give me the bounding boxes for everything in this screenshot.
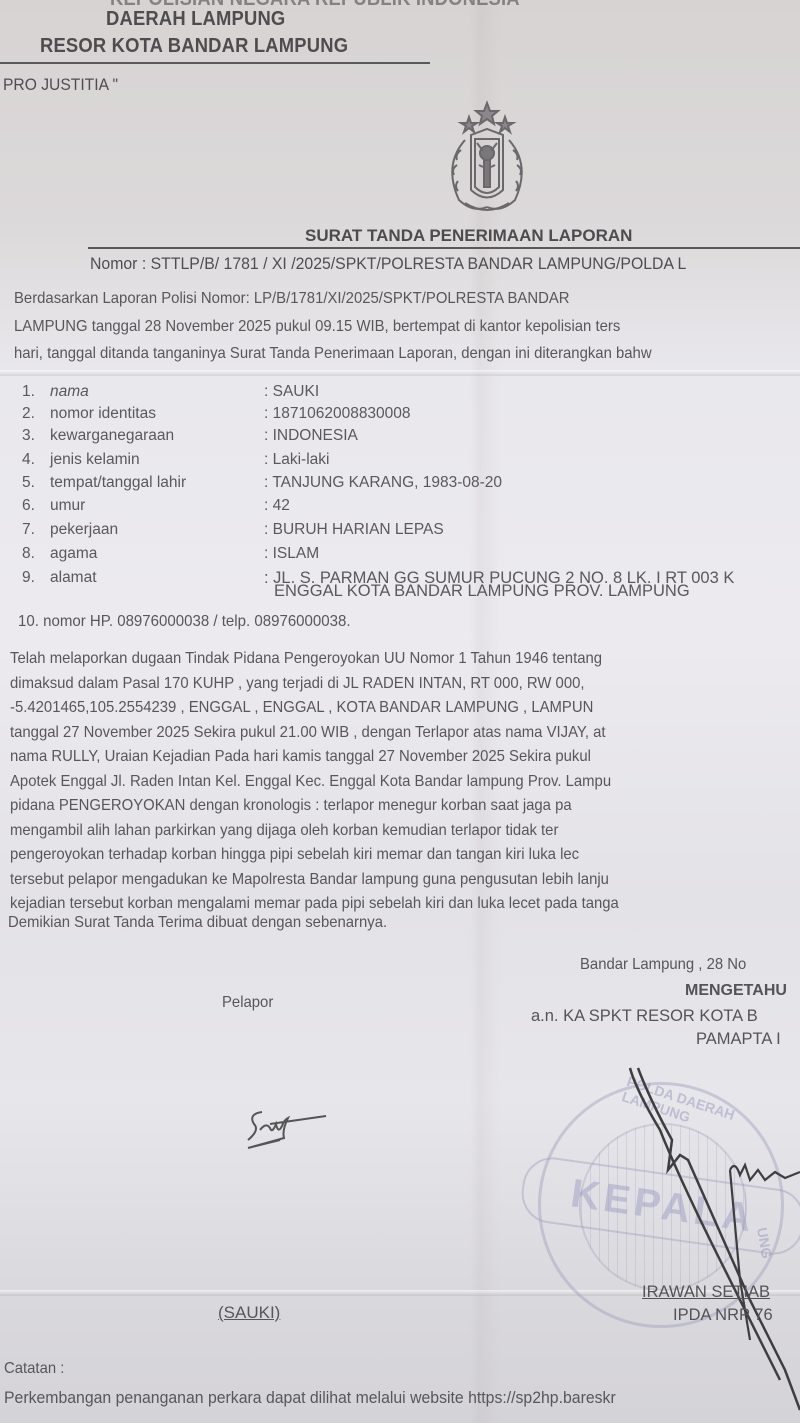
- identity-row-continued: ENGGAL KOTA BANDAR LAMPUNG PROV. LAMPUNG: [0, 582, 800, 606]
- document-title: SURAT TANDA PENERIMAAN LAPORAN: [305, 226, 632, 246]
- row-label: kewarganegaraan: [50, 427, 174, 445]
- row-label: jenis kelamin: [50, 451, 140, 469]
- row-label: agama: [50, 545, 97, 563]
- row-number: 8.: [22, 545, 35, 563]
- polri-emblem-icon: [425, 95, 550, 225]
- title-rule: [88, 247, 800, 249]
- identity-row: 6. umur : 42: [0, 497, 800, 521]
- row-value: : 1871062008830008: [264, 405, 411, 423]
- row-number: 1.: [22, 383, 35, 401]
- intro-line: Berdasarkan Laporan Polisi Nomor: LP/B/1…: [14, 290, 570, 308]
- officer-name: IRAWAN SETIAB: [642, 1283, 770, 1302]
- report-line: Apotek Enggal Jl. Raden Intan Kel. Engga…: [10, 770, 800, 795]
- pamapta-label: PAMAPTA I: [696, 1030, 781, 1049]
- identity-row: 8. agama : ISLAM: [0, 545, 800, 569]
- intro-line: hari, tanggal ditanda tanganinya Surat T…: [14, 345, 652, 363]
- officer-rank: IPDA NRP 76: [673, 1306, 773, 1325]
- phone-line: 10. nomor HP. 08976000038 / telp. 089760…: [18, 613, 351, 631]
- paper-fold: [0, 370, 800, 376]
- report-line: dimaksud dalam Pasal 170 KUHP , yang ter…: [10, 672, 800, 697]
- place-date: Bandar Lampung , 28 No: [580, 956, 746, 974]
- row-number: 6.: [22, 497, 35, 515]
- pro-justitia: PRO JUSTITIA ": [3, 75, 118, 95]
- document-paper: KEPOLISIAN NEGARA REPUBLIK INDONESIA DAE…: [0, 0, 800, 1423]
- report-line: tersebut pelapor mengadukan ke Mapolrest…: [10, 868, 800, 893]
- intro-line: LAMPUNG tanggal 28 November 2025 pukul 0…: [14, 318, 620, 336]
- report-line: -5.4201465,105.2554239 , ENGGAL , ENGGAL…: [10, 696, 800, 721]
- row-value: : 42: [264, 497, 290, 515]
- row-label: tempat/tanggal lahir: [50, 474, 186, 492]
- row-value: ENGGAL KOTA BANDAR LAMPUNG PROV. LAMPUNG: [274, 582, 690, 601]
- mengetahui-label: MENGETAHU: [685, 982, 787, 1000]
- row-value: : INDONESIA: [264, 427, 358, 445]
- pelapor-signature: [240, 1100, 340, 1160]
- header-line2: DAERAH LAMPUNG: [106, 8, 285, 31]
- row-number: 5.: [22, 474, 35, 492]
- row-label: umur: [50, 497, 85, 515]
- pelapor-name: (SAUKI): [218, 1303, 280, 1323]
- row-number: 2.: [22, 405, 35, 423]
- header-line3: RESOR KOTA BANDAR LAMPUNG: [40, 35, 348, 58]
- closing-statement: Demikian Surat Tanda Terima dibuat denga…: [8, 914, 387, 932]
- identity-row: 4. jenis kelamin : Laki-laki: [0, 451, 800, 475]
- identity-row: 2. nomor identitas : 1871062008830008: [0, 405, 800, 429]
- row-value: : TANJUNG KARANG, 1983-08-20: [264, 474, 502, 492]
- report-line: Telah melaporkan dugaan Tindak Pidana Pe…: [10, 647, 800, 672]
- report-line: nama RULLY, Uraian Kejadian Pada hari ka…: [10, 745, 800, 770]
- document-number: Nomor : STTLP/B/ 1781 / XI /2025/SPKT/PO…: [90, 254, 686, 274]
- notes-label: Catatan :: [4, 1360, 64, 1378]
- report-line: pidana PENGEROYOKAN dengan kronologis : …: [10, 794, 800, 819]
- identity-row: 5. tempat/tanggal lahir : TANJUNG KARANG…: [0, 474, 800, 498]
- authority-line: a.n. KA SPKT RESOR KOTA B: [531, 1007, 758, 1026]
- identity-row: 1. nama : SAUKI: [0, 383, 800, 407]
- row-value: : ISLAM: [264, 545, 319, 563]
- row-label: pekerjaan: [50, 521, 118, 539]
- identity-row: 3. kewarganegaraan : INDONESIA: [0, 427, 800, 451]
- row-number: 7.: [22, 521, 35, 539]
- officer-signature: [600, 1060, 800, 1423]
- row-label: nama: [50, 383, 89, 401]
- report-line: mengambil alih lahan parkirkan yang dija…: [10, 819, 800, 844]
- report-line: tanggal 27 November 2025 Sekira pukul 21…: [10, 721, 800, 746]
- identity-row: 7. pekerjaan : BURUH HARIAN LEPAS: [0, 521, 800, 545]
- notes-text: Perkembangan penanganan perkara dapat di…: [4, 1388, 616, 1408]
- row-value: : SAUKI: [264, 383, 319, 401]
- row-label: nomor identitas: [50, 405, 156, 423]
- header-rule: [0, 62, 430, 64]
- report-paragraph: Telah melaporkan dugaan Tindak Pidana Pe…: [10, 647, 800, 917]
- row-number: 3.: [22, 427, 35, 445]
- report-line: pengeroyokan terhadap korban hingga pipi…: [10, 843, 800, 868]
- report-line: kejadian tersebut korban mengalami memar…: [10, 892, 800, 917]
- row-value: : BURUH HARIAN LEPAS: [264, 521, 444, 539]
- pelapor-label: Pelapor: [222, 994, 273, 1012]
- row-value: : Laki-laki: [264, 451, 329, 469]
- row-number: 4.: [22, 451, 35, 469]
